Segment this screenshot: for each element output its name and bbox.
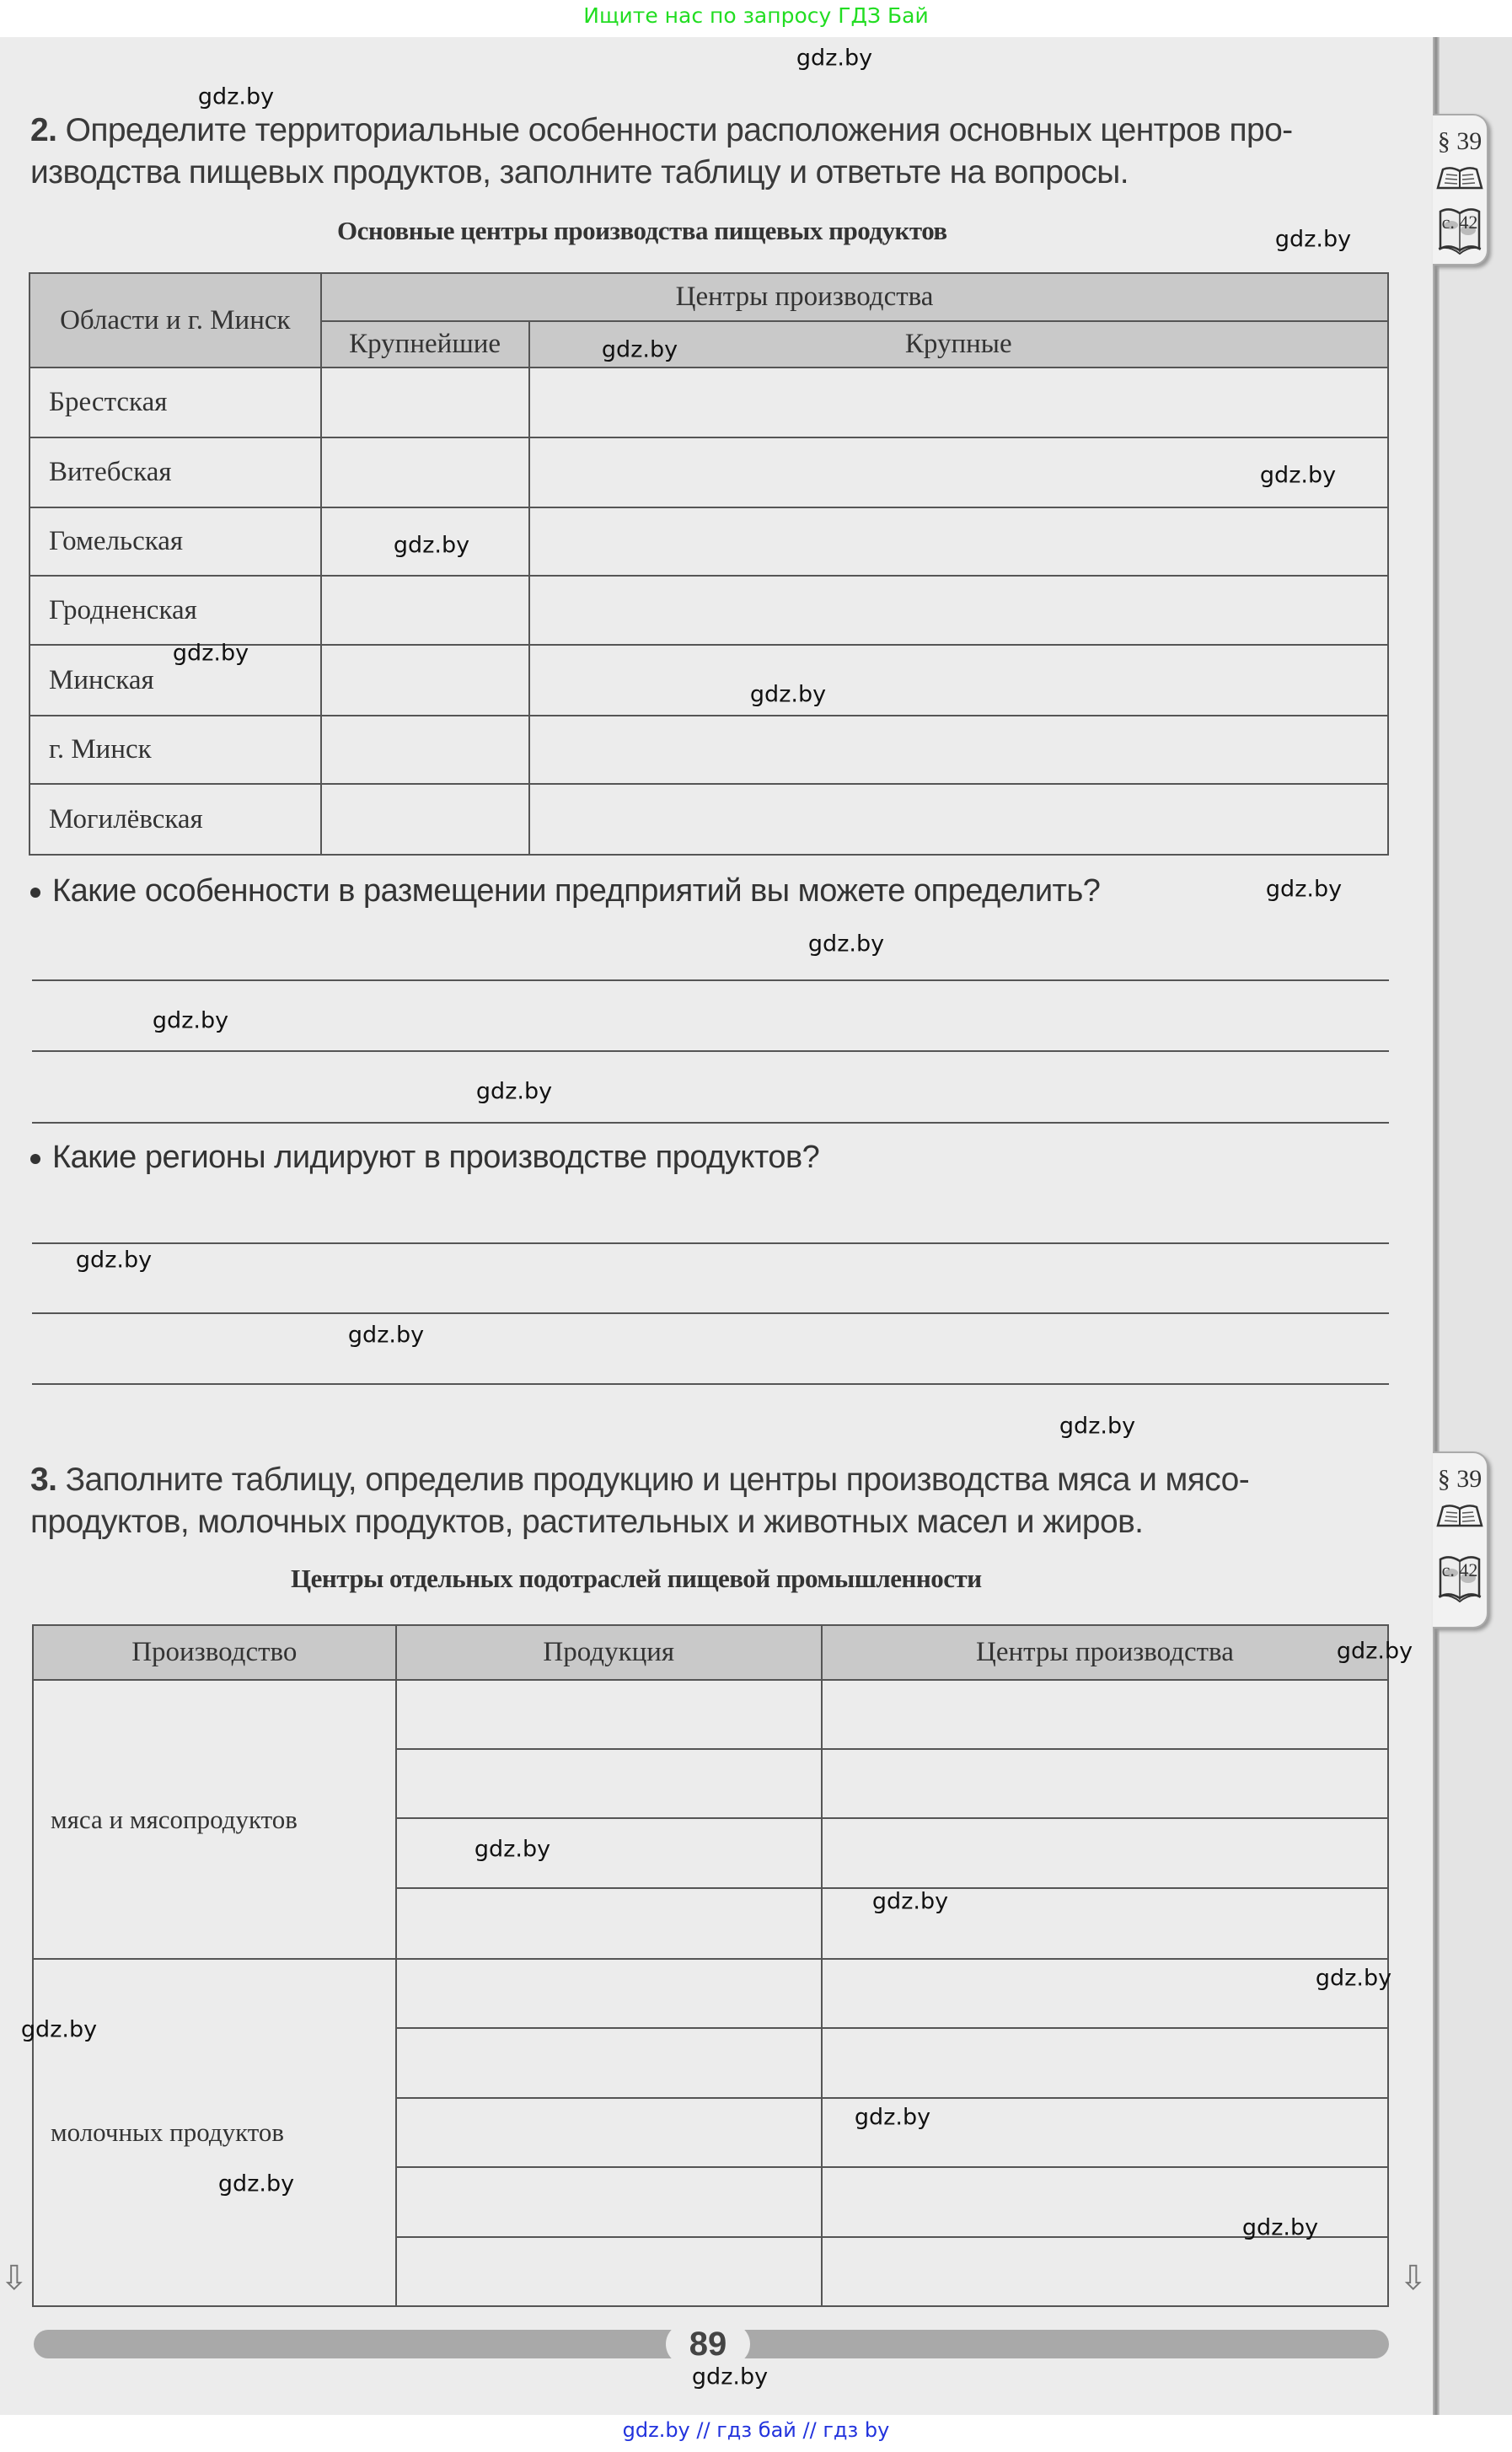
question-2: Какие регионы лидируют в производстве пр… bbox=[30, 1140, 819, 1176]
centers-cell[interactable] bbox=[822, 1749, 1388, 1818]
task2-number: 2. bbox=[30, 112, 56, 148]
answer-line[interactable] bbox=[32, 1122, 1389, 1124]
large-cell[interactable] bbox=[529, 576, 1388, 645]
bottom-banner-text[interactable]: gdz.by // гдз бай // гдз by bbox=[623, 2418, 890, 2442]
answer-line[interactable] bbox=[32, 1242, 1389, 1244]
product-cell[interactable] bbox=[396, 2028, 822, 2098]
region-cell: Брестская bbox=[29, 368, 321, 437]
production-cell-meat: мяса и мясопродуктов bbox=[33, 1680, 396, 1959]
largest-cell[interactable] bbox=[321, 784, 529, 855]
top-banner-text: Ищите нас по запросу ГДЗ Бай bbox=[583, 3, 928, 28]
watermark: gdz.by bbox=[1059, 1414, 1135, 1440]
product-cell[interactable] bbox=[396, 1680, 822, 1749]
textbook-icon bbox=[1436, 163, 1483, 191]
task3-text-line1: Заполните таблицу, определив продукцию и… bbox=[66, 1462, 1250, 1498]
watermark: gdz.by bbox=[602, 337, 678, 363]
centers-cell[interactable] bbox=[822, 2028, 1388, 2098]
page-ref: с. 42 bbox=[1438, 1559, 1482, 1581]
product-cell[interactable] bbox=[396, 1818, 822, 1888]
watermark: gdz.by bbox=[348, 1323, 424, 1349]
watermark: gdz.by bbox=[198, 84, 274, 110]
food-centers-table: Области и г. Минск Центры производства К… bbox=[29, 272, 1389, 856]
product-cell[interactable] bbox=[396, 1749, 822, 1818]
table2-caption: Центры отдельных подотраслей пищевой про… bbox=[291, 1564, 982, 1594]
header-production: Производство bbox=[33, 1625, 396, 1680]
bullet-icon bbox=[30, 888, 40, 898]
paragraph-ref: § 39 bbox=[1433, 1465, 1487, 1494]
question-2-text: Какие регионы лидируют в производстве пр… bbox=[52, 1140, 819, 1175]
paragraph-ref: § 39 bbox=[1433, 127, 1487, 156]
large-cell[interactable] bbox=[529, 368, 1388, 437]
header-product: Продукция bbox=[396, 1625, 822, 1680]
page-number: 89 bbox=[666, 2323, 750, 2365]
product-cell[interactable] bbox=[396, 2167, 822, 2237]
page-ref: с. 42 bbox=[1438, 212, 1482, 233]
watermark: gdz.by bbox=[692, 2364, 768, 2390]
region-cell: Гомельская bbox=[29, 507, 321, 576]
product-cell[interactable] bbox=[396, 1888, 822, 1959]
food-subsectors-table: Производство Продукция Центры производст… bbox=[32, 1624, 1389, 2307]
table-row: Витебская bbox=[29, 437, 1388, 507]
question-1-text: Какие особенности в размещении предприят… bbox=[52, 873, 1100, 909]
product-cell[interactable] bbox=[396, 2098, 822, 2167]
top-banner: Ищите нас по запросу ГДЗ Бай bbox=[0, 0, 1512, 37]
textbook-icon bbox=[1436, 1500, 1483, 1529]
table-row: Гомельская bbox=[29, 507, 1388, 576]
watermark: gdz.by bbox=[218, 2171, 294, 2197]
watermark: gdz.by bbox=[1337, 1639, 1413, 1665]
watermark: gdz.by bbox=[855, 2105, 930, 2131]
largest-cell[interactable] bbox=[321, 716, 529, 784]
centers-cell[interactable] bbox=[822, 1818, 1388, 1888]
task2-text-line1: Определите территориальные особенности р… bbox=[66, 112, 1293, 148]
bottom-banner: gdz.by // гдз бай // гдз by bbox=[0, 2415, 1512, 2452]
centers-cell[interactable] bbox=[822, 1959, 1388, 2028]
table-row: Брестская bbox=[29, 368, 1388, 437]
header-centers: Центры производства bbox=[822, 1625, 1388, 1680]
task3-text-line2: продуктов, молочных продуктов, раститель… bbox=[30, 1504, 1143, 1540]
task2-title: 2. Определите территориальные особенност… bbox=[30, 110, 1396, 194]
table-row: г. Минск bbox=[29, 716, 1388, 784]
region-cell: Витебская bbox=[29, 437, 321, 507]
atlas-icon: с. 42 bbox=[1438, 1548, 1482, 1596]
table1-caption: Основные центры производства пищевых про… bbox=[337, 216, 947, 246]
header-largest: Крупнейшие bbox=[321, 321, 529, 368]
product-cell[interactable] bbox=[396, 1959, 822, 2028]
largest-cell[interactable] bbox=[321, 645, 529, 716]
large-cell[interactable] bbox=[529, 716, 1388, 784]
right-margin bbox=[1440, 37, 1512, 2415]
region-cell: г. Минск bbox=[29, 716, 321, 784]
watermark: gdz.by bbox=[1242, 2215, 1318, 2241]
production-cell-dairy: молочных продуктов bbox=[33, 1959, 396, 2306]
centers-cell[interactable] bbox=[822, 1680, 1388, 1749]
reference-tab-1[interactable]: § 39 с. 42 bbox=[1433, 114, 1488, 266]
watermark: gdz.by bbox=[394, 533, 469, 559]
watermark: gdz.by bbox=[796, 46, 872, 72]
answer-line[interactable] bbox=[32, 1050, 1389, 1052]
watermark: gdz.by bbox=[1275, 227, 1351, 253]
watermark: gdz.by bbox=[1316, 1966, 1391, 1992]
table-row: Гродненская bbox=[29, 576, 1388, 645]
task2-text-line2: изводства пищевых продуктов, заполните т… bbox=[30, 154, 1129, 190]
task3-number: 3. bbox=[30, 1462, 56, 1498]
watermark: gdz.by bbox=[76, 1247, 152, 1274]
watermark: gdz.by bbox=[750, 682, 826, 708]
centers-cell[interactable] bbox=[822, 2237, 1388, 2306]
header-production-centers: Центры производства bbox=[321, 273, 1388, 321]
watermark: gdz.by bbox=[1266, 877, 1342, 903]
continue-arrow-left-icon: ⇩ bbox=[0, 2259, 29, 2298]
page-spine bbox=[1433, 37, 1440, 2415]
region-cell: Гродненская bbox=[29, 576, 321, 645]
answer-line[interactable] bbox=[32, 1383, 1389, 1385]
reference-tab-2[interactable]: § 39 с. 42 bbox=[1433, 1451, 1488, 1628]
watermark: gdz.by bbox=[1260, 463, 1336, 489]
answer-line[interactable] bbox=[32, 1312, 1389, 1314]
bullet-icon bbox=[30, 1154, 40, 1164]
watermark: gdz.by bbox=[476, 1079, 552, 1105]
large-cell[interactable] bbox=[529, 645, 1388, 716]
product-cell[interactable] bbox=[396, 2237, 822, 2306]
header-region: Области и г. Минск bbox=[29, 273, 321, 368]
largest-cell[interactable] bbox=[321, 437, 529, 507]
atlas-icon: с. 42 bbox=[1438, 200, 1482, 249]
table-row: Могилёвская bbox=[29, 784, 1388, 855]
region-cell: Могилёвская bbox=[29, 784, 321, 855]
large-cell[interactable] bbox=[529, 784, 1388, 855]
large-cell[interactable] bbox=[529, 507, 1388, 576]
watermark: gdz.by bbox=[153, 1008, 228, 1034]
task3-title: 3. Заполните таблицу, определив продукци… bbox=[30, 1459, 1396, 1543]
watermark: gdz.by bbox=[872, 1889, 948, 1915]
largest-cell[interactable] bbox=[321, 576, 529, 645]
continue-arrow-right-icon: ⇩ bbox=[1399, 2259, 1428, 2298]
answer-line[interactable] bbox=[32, 979, 1389, 981]
watermark: gdz.by bbox=[475, 1837, 550, 1863]
watermark: gdz.by bbox=[173, 641, 249, 667]
largest-cell[interactable] bbox=[321, 368, 529, 437]
watermark: gdz.by bbox=[21, 2017, 97, 2043]
question-1: Какие особенности в размещении предприят… bbox=[30, 873, 1100, 909]
watermark: gdz.by bbox=[808, 931, 884, 958]
